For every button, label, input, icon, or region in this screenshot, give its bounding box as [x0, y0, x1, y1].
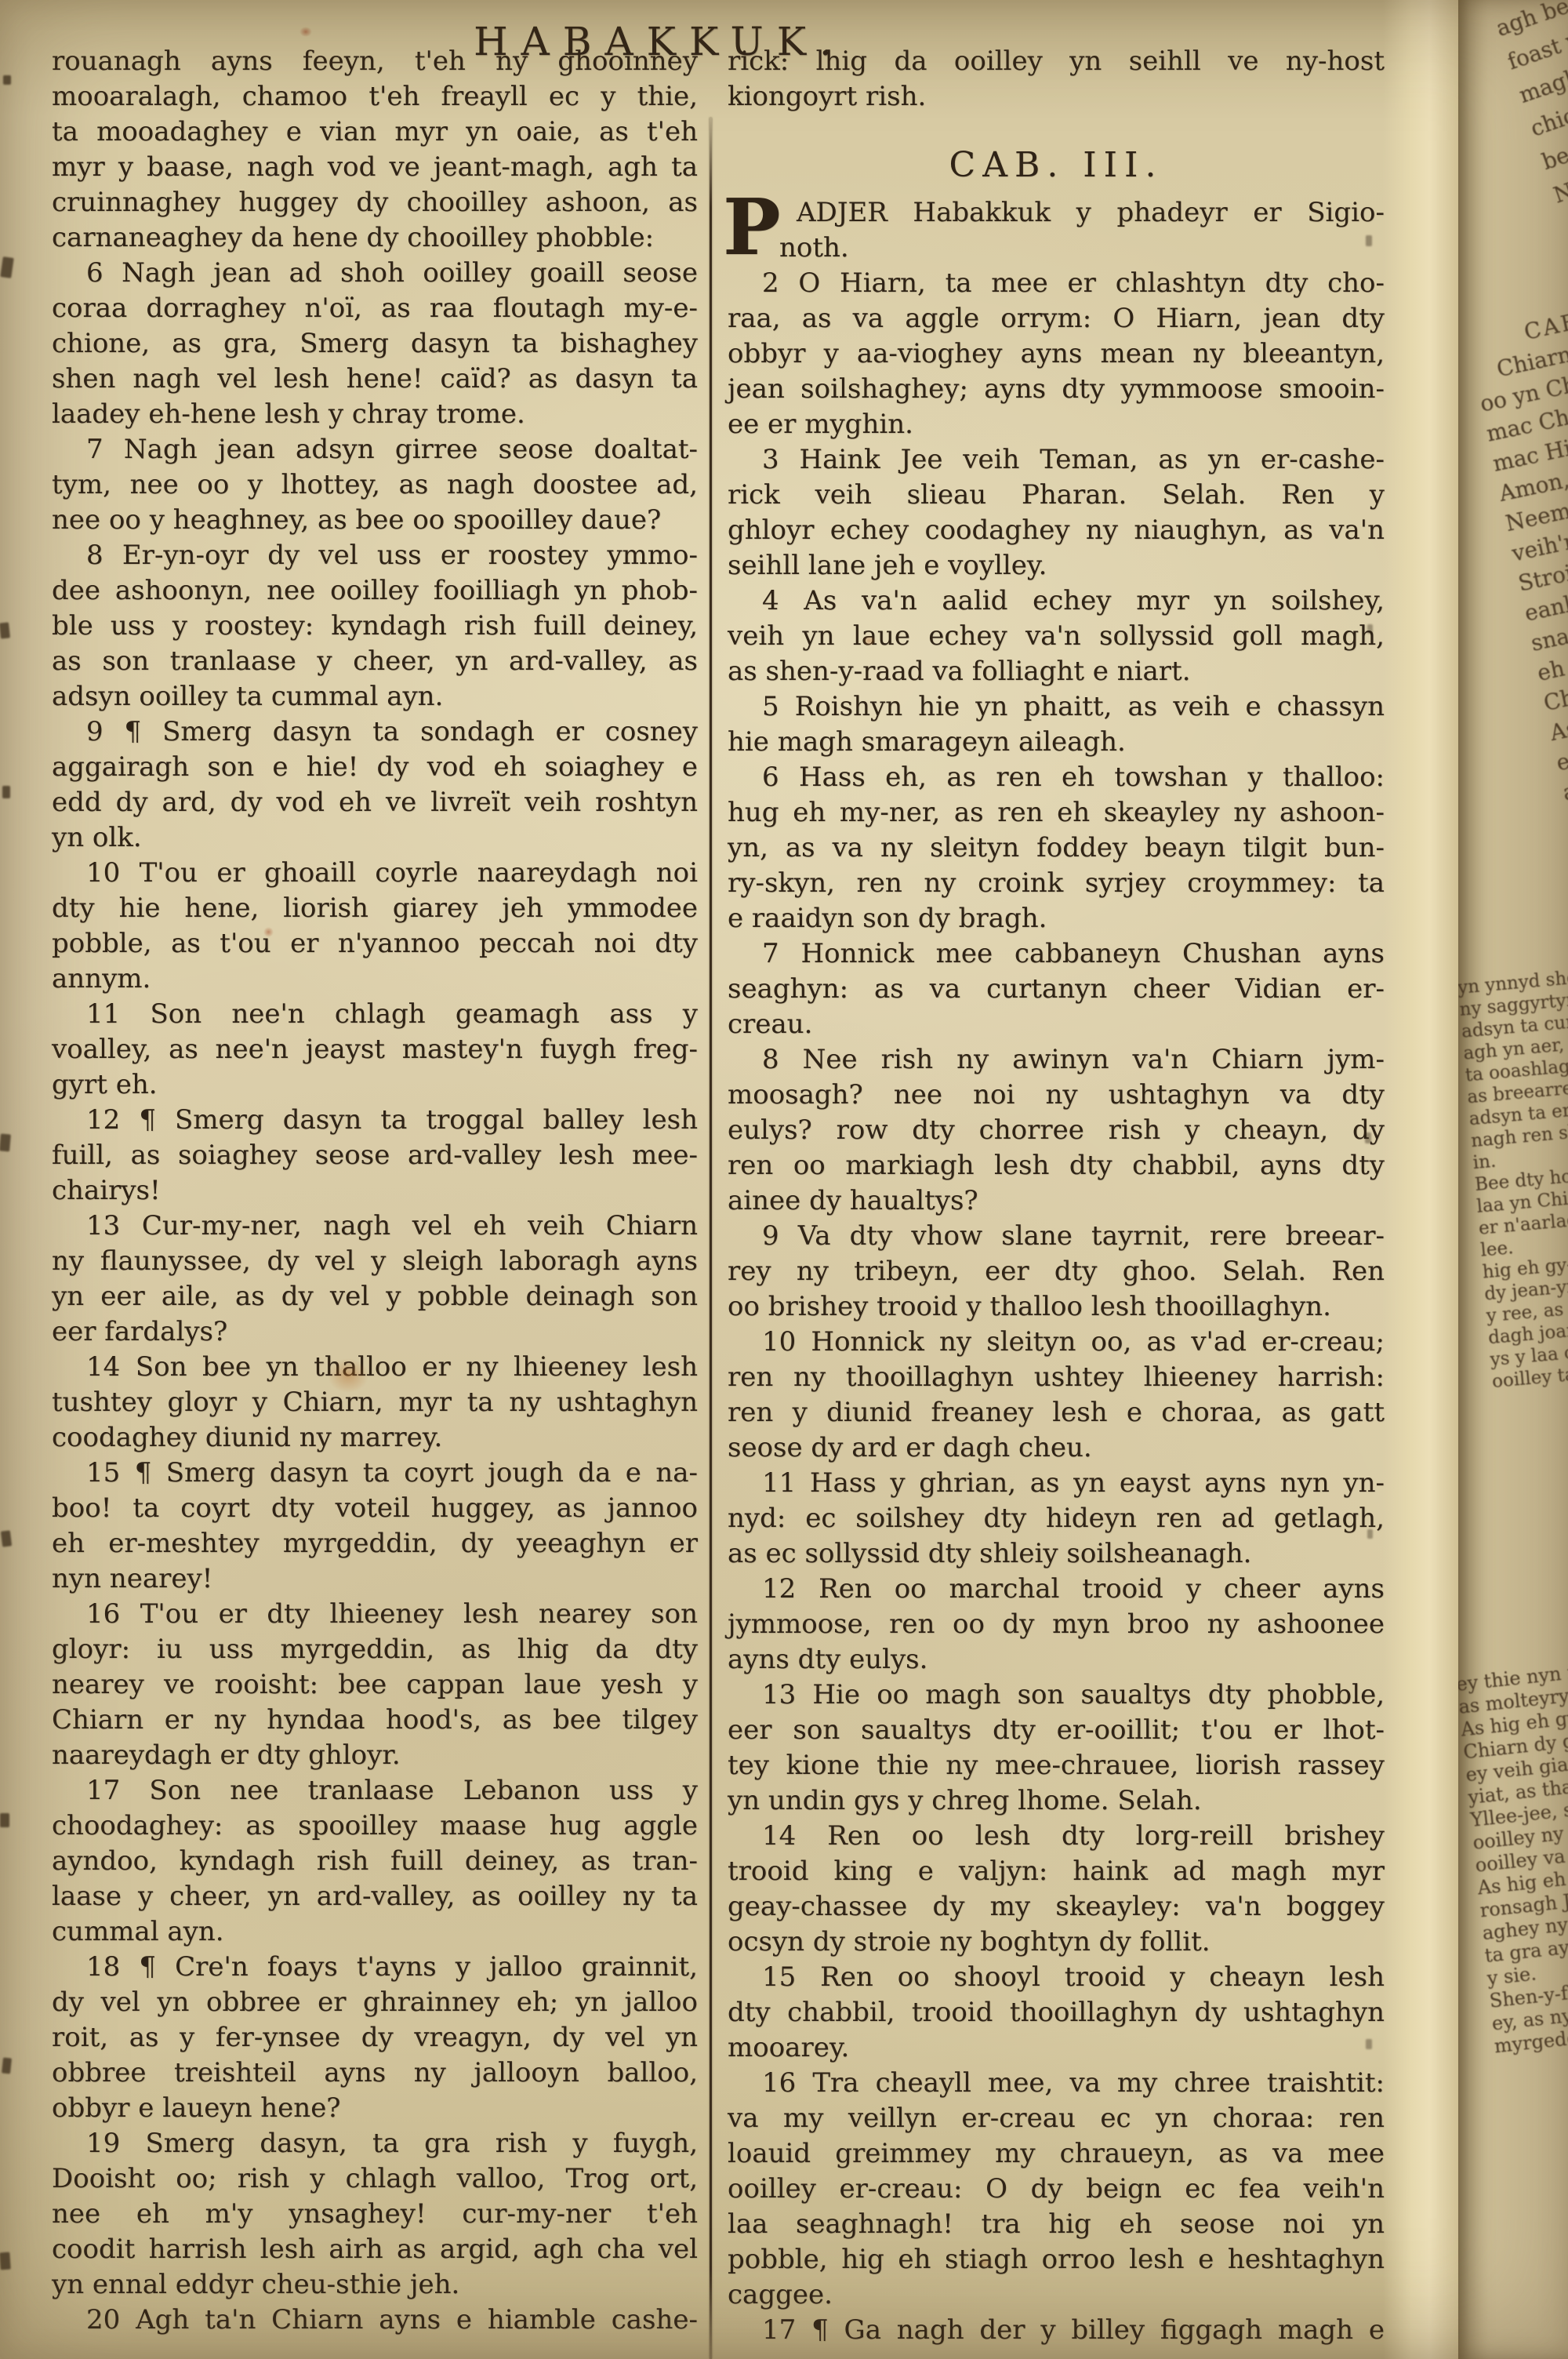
text-line: dy vel yn obbree er ghrainney eh; yn jal…: [52, 1985, 698, 2020]
text-line: hie magh smarageyn aileagh.: [728, 725, 1385, 760]
text-line: Dooisht oo; rish y chlagh valloo, Trog o…: [52, 2161, 698, 2197]
text-line: creau.: [728, 1007, 1385, 1042]
text-line: 15 ¶ Smerg dasyn ta coyrt jough da e na-: [52, 1456, 698, 1491]
text-line: nee eh m'y ynsaghey! cur-my-ner t'eh: [52, 2197, 698, 2232]
text-line: yn undin gys y chreg lhome. Selah.: [728, 1783, 1385, 1819]
text-line: trooid king e valjyn: haink ad magh myr: [728, 1854, 1385, 1889]
text-line: eer son saualtys dty er-ooillit; t'ou er…: [728, 1713, 1385, 1748]
edge-cluster-3: yn ynnyd shoh, as eny saggyrtyn;adsyn ta…: [1458, 959, 1568, 1393]
text-line: voalley, as nee'n jeayst mastey'n fuygh …: [52, 1032, 698, 1067]
text-line: tym, nee oo y lhottey, as nagh doostee a…: [52, 467, 698, 503]
text-line: 4 As va'n aalid echey myr yn soilshey,: [728, 583, 1385, 619]
text-line: nee oo y heaghney, as bee oo spooilley d…: [52, 503, 698, 538]
text-line: ainee dy haualtys?: [728, 1183, 1385, 1219]
text-line: eh er-meshtey myrgeddin, dy yeeaghyn er: [52, 1526, 698, 1561]
text-line: moosagh? nee noi ny ushtaghyn va dty: [728, 1078, 1385, 1113]
text-line: 20 Agh ta'n Chiarn ayns e hiamble cashe-: [52, 2303, 698, 2338]
text-line: myr y baase, nagh vod ve jeant-magh, agh…: [52, 150, 698, 185]
text-line: eulys? row dty chorree rish y cheayn, dy: [728, 1113, 1385, 1148]
edge-ink-mark: [3, 75, 11, 85]
next-page-edge: agh bee mesfoast yn billey-omagheryn gym…: [1458, 0, 1568, 2359]
edge-ink-mark: [0, 622, 10, 638]
text-line: 19 Smerg dasyn, ta gra rish y fuygh,: [52, 2126, 698, 2161]
text-line: ren oo markiagh lesh dty chabbil, ayns d…: [728, 1148, 1385, 1183]
text-line: carnaneaghey da hene dy chooilley phobbl…: [52, 220, 698, 256]
text-line: 8 Er-yn-oyr dy vel uss er roostey ymmo-: [52, 538, 698, 573]
text-line: ocsyn dy stroie ny boghtyn dy follit.: [728, 1925, 1385, 1960]
text-line: oo brishey trooid y thalloo lesh thooill…: [728, 1289, 1385, 1325]
text-line: naareydagh er dty ghloyr.: [52, 1738, 698, 1773]
edge-ink-mark: [1, 1530, 12, 1547]
text-line: ry-skyn, ren ny croink syrjey croymmey: …: [728, 866, 1385, 901]
text-line: 6 Hass eh, as ren eh towshan y thalloo:: [728, 760, 1385, 795]
text-line: nyn nearey!: [52, 1561, 698, 1597]
text-line: 12 ¶ Smerg dasyn ta troggal balley lesh: [52, 1103, 698, 1138]
text-line: gyrt eh.: [52, 1067, 698, 1103]
text-line: ny flaunyssee, dy vel y sleigh laboragh …: [52, 1244, 698, 1279]
book-page: HABAKKUK. rouanagh ayns feeyn, t'eh ny g…: [0, 0, 1568, 2359]
text-line: laa seaghnagh! tra hig eh seose noi yn: [728, 2207, 1385, 2242]
text-line: veih yn laue echey va'n sollyssid goll m…: [728, 619, 1385, 654]
text-line: mooaralagh, chamoo t'eh freayll ec y thi…: [52, 79, 698, 114]
text-line: ta mooadaghey e vian myr yn oaie, as t'e…: [52, 114, 698, 150]
text-line: chairys!: [52, 1173, 698, 1209]
text-line: 16 Tra cheayll mee, va my chree traishti…: [728, 2066, 1385, 2101]
text-line: nearey ve rooisht: bee cappan laue yesh …: [52, 1667, 698, 1703]
text-line: chione, as gra, Smerg dasyn ta bishaghey: [52, 326, 698, 362]
text-line: Chiarn er ny hyndaa hood's, as bee tilge…: [52, 1703, 698, 1738]
edge-ink-mark: [0, 256, 13, 278]
text-line: rouanagh ayns feeyn, t'eh ny ghooinney: [52, 44, 698, 79]
text-line: hug eh my-ner, as ren eh skeayley ny ash…: [728, 795, 1385, 831]
edge-cluster-4: ey thie nyn maas molteyrys.As hig eh gy-…: [1458, 1652, 1568, 2058]
text-line: coraa dorraghey n'oï, as raa floutagh my…: [52, 291, 698, 326]
text-line: loauid greimmey my chraueyn, as va mee: [728, 2136, 1385, 2172]
left-column: rouanagh ayns feeyn, t'eh ny ghooinneymo…: [52, 44, 698, 2338]
text-line: 14 Ren oo lesh dty lorg-reill brishey: [728, 1819, 1385, 1854]
text-line: PADJER Habakkuk y phadeyr er Sigio-: [728, 195, 1385, 231]
text-line: 7 Honnick mee cabbaneyn Chushan ayns: [728, 936, 1385, 972]
text-line: gloyr: iu uss myrgeddin, as lhig da dty: [52, 1632, 698, 1667]
text-line: as ec sollyssid dty shleiy soilsheanagh.: [728, 1536, 1385, 1572]
text-line: dty hie hene, liorish giarey jeh ymmodee: [52, 891, 698, 926]
chapter-heading: CAB. III.: [728, 114, 1385, 195]
text-line: 6 Nagh jean ad shoh ooilley goaill seose: [52, 256, 698, 291]
text-line: 9 ¶ Smerg dasyn ta sondagh er cosney: [52, 714, 698, 750]
column-divider: [710, 118, 712, 2359]
text-line: raa, as va aggle orrym: O Hiarn, jean dt…: [728, 301, 1385, 336]
text-line: boo! ta coyrt dty voteil huggey, as jann…: [52, 1491, 698, 1526]
text-line: roit, as y fer-ynsee dy vreagyn, dy vel …: [52, 2020, 698, 2055]
text-line: ayndoo, kyndagh rish fuill deiney, as tr…: [52, 1844, 698, 1879]
text-line: laadey eh-hene lesh y chray trome.: [52, 397, 698, 432]
text-line: 17 Son nee tranlaase Lebanon uss y: [52, 1773, 698, 1808]
edge-ink-mark: [2, 786, 10, 798]
text-line: yn ennal eddyr cheu-sthie jeh.: [52, 2267, 698, 2303]
text-line: choodaghey: as spooilley maase hug aggle: [52, 1808, 698, 1844]
text-line: pobble, as t'ou er n'yannoo peccah noi d…: [52, 926, 698, 961]
text-line: yn, as va ny sleityn foddey beayn tilgit…: [728, 831, 1385, 866]
text-line: rick: lhig da ooilley yn seihll ve ny-ho…: [728, 44, 1385, 79]
text-line: seihll lane jeh e voylley.: [728, 548, 1385, 583]
text-line: seose dy ard er dagh cheu.: [728, 1430, 1385, 1466]
text-line: geay-chassee dy my skeayley: va'n boggey: [728, 1889, 1385, 1925]
text-line: yn olk.: [52, 820, 698, 856]
text-line: ble uss y roostey: kyndagh rish fuill de…: [52, 609, 698, 644]
text-line: coodaghey diunid ny marrey.: [52, 1420, 698, 1456]
text-line: ghloyr echey coodaghey ny niaughyn, as v…: [728, 513, 1385, 548]
text-line: e raaidyn son dy bragh.: [728, 901, 1385, 936]
text-line: kiongoyrt rish.: [728, 79, 1385, 114]
text-line: va my veillyn er-creau ec yn choraa: ren: [728, 2101, 1385, 2136]
text-line: 3 Haink Jee veih Teman, as yn er-cashe-: [728, 442, 1385, 478]
text-line: tey kione thie ny mee-chrauee, liorish r…: [728, 1748, 1385, 1783]
text-line: adsyn ooilley ta cummal ayn.: [52, 679, 698, 714]
text-line: ayns dty eulys.: [728, 1642, 1385, 1677]
text-line: 7 Nagh jean adsyn girree seose doaltat-: [52, 432, 698, 467]
text-line: shen nagh vel lesh hene! caïd? as dasyn …: [52, 362, 698, 397]
text-line: rey ny tribeyn, eer dty ghoo. Selah. Ren: [728, 1254, 1385, 1289]
text-line: eer fardalys?: [52, 1314, 698, 1350]
text-line: 9 Va dty vhow slane tayrnit, rere breear…: [728, 1219, 1385, 1254]
text-line: cummal ayn.: [52, 1914, 698, 1950]
text-line: mooarey.: [728, 2030, 1385, 2066]
text-line: 13 Hie oo magh son saualtys dty phobble,: [728, 1677, 1385, 1713]
text-line: noth.: [728, 231, 1385, 266]
page-gutter: [1383, 0, 1458, 2359]
text-line: dee ashoonyn, nee ooilley fooilliagh yn …: [52, 573, 698, 609]
text-line: 10 Honnick ny sleityn oo, as v'ad er-cre…: [728, 1325, 1385, 1360]
text-line: obbyr y aa-vioghey ayns mean ny bleeanty…: [728, 336, 1385, 372]
text-line: 2 O Hiarn, ta mee er chlashtyn dty cho-: [728, 266, 1385, 301]
text-line: obbyr e laueyn hene?: [52, 2091, 698, 2126]
text-line: annym.: [52, 961, 698, 997]
text-line: 12 Ren oo marchal trooid y cheer ayns: [728, 1572, 1385, 1607]
edge-cluster-1: agh bee mesfoast yn billey-omagheryn gym…: [1491, 0, 1568, 213]
text-line: laase y cheer, yn ard-valley, as ooilley…: [52, 1879, 698, 1914]
text-line: 13 Cur-my-ner, nagh vel eh veih Chiarn: [52, 1209, 698, 1244]
text-line: fuill, as soiaghey seose ard-valley lesh…: [52, 1138, 698, 1173]
text-line: cruinnaghey huggey dy chooilley ashoon, …: [52, 185, 698, 220]
text-line: as shen-y-raad va folliaght e niart.: [728, 654, 1385, 689]
text-line: aggairagh son e hie! dy vod eh soiaghey …: [52, 750, 698, 785]
text-line: as son tranlaase y cheer, yn ard-valley,…: [52, 644, 698, 679]
text-line: jean soilshaghey; ayns dty yymmoose smoo…: [728, 372, 1385, 407]
text-line: 10 T'ou er ghoaill coyrle naareydagh noi: [52, 856, 698, 891]
edge-ink-mark: [0, 2252, 11, 2270]
text-line: 15 Ren oo shooyl trooid y cheayn lesh: [728, 1960, 1385, 1995]
edge-ink-mark: [2, 2057, 12, 2074]
text-line: seaghyn: as va curtanyn cheer Vidian er-: [728, 972, 1385, 1007]
text-line: yn eer aile, as dy vel y pobble deinagh …: [52, 1279, 698, 1314]
text-line: 8 Nee rish ny awinyn va'n Chiarn jym-: [728, 1042, 1385, 1078]
text-line: obbree treishteil ayns ny jallooyn ballo…: [52, 2055, 698, 2091]
text-line: ren y diunid freaney lesh e choraa, as g…: [728, 1395, 1385, 1430]
text-line: tushtey gloyr y Chiarn, myr ta ny ushtag…: [52, 1385, 698, 1420]
text-line: caggee.: [728, 2277, 1385, 2313]
text-line: ooilley er-creau: O dy beign ec fea veih…: [728, 2172, 1385, 2207]
text-line: edd dy ard, dy vod eh ve livreït veih ro…: [52, 785, 698, 820]
text-line: 16 T'ou er dty lhieeney lesh nearey son: [52, 1597, 698, 1632]
text-line: 11 Son nee'n chlagh geamagh ass y: [52, 997, 698, 1032]
text-line: rick veih slieau Pharan. Selah. Ren y: [728, 478, 1385, 513]
text-line: ren ny thooillaghyn ushtey lhieeney harr…: [728, 1360, 1385, 1395]
text-line: 14 Son bee yn thalloo er ny lhieeney les…: [52, 1350, 698, 1385]
text-line: dty chabbil, trooid thooillaghyn dy usht…: [728, 1995, 1385, 2030]
right-column: rick: lhig da ooilley yn seihll ve ny-ho…: [728, 44, 1385, 2348]
text-line: 11 Hass y ghrian, as yn eayst ayns nyn y…: [728, 1466, 1385, 1501]
edge-ink-mark: [0, 1133, 11, 1151]
text-line: 5 Roishyn hie yn phaitt, as veih e chass…: [728, 689, 1385, 725]
text-line: coodit harrish lesh airh as argid, agh c…: [52, 2232, 698, 2267]
text-line: 17 ¶ Ga nagh der y billey figgagh magh e: [728, 2313, 1385, 2348]
text-line: ee er myghin.: [728, 407, 1385, 442]
edge-cluster-2: CAB.Chiarn haioo yn Chiarn hamac Chushi,…: [1465, 287, 1568, 808]
text-line: 18 ¶ Cre'n foays t'ayns y jalloo grainni…: [52, 1950, 698, 1985]
text-line: pobble, hig eh stiagh orroo lesh e hesht…: [728, 2242, 1385, 2277]
text-line: jymmoose, ren oo dy myn broo ny ashoonee: [728, 1607, 1385, 1642]
text-line: nyd: ec soilshey dty hideyn ren ad getla…: [728, 1501, 1385, 1536]
edge-ink-mark: [0, 1813, 9, 1827]
